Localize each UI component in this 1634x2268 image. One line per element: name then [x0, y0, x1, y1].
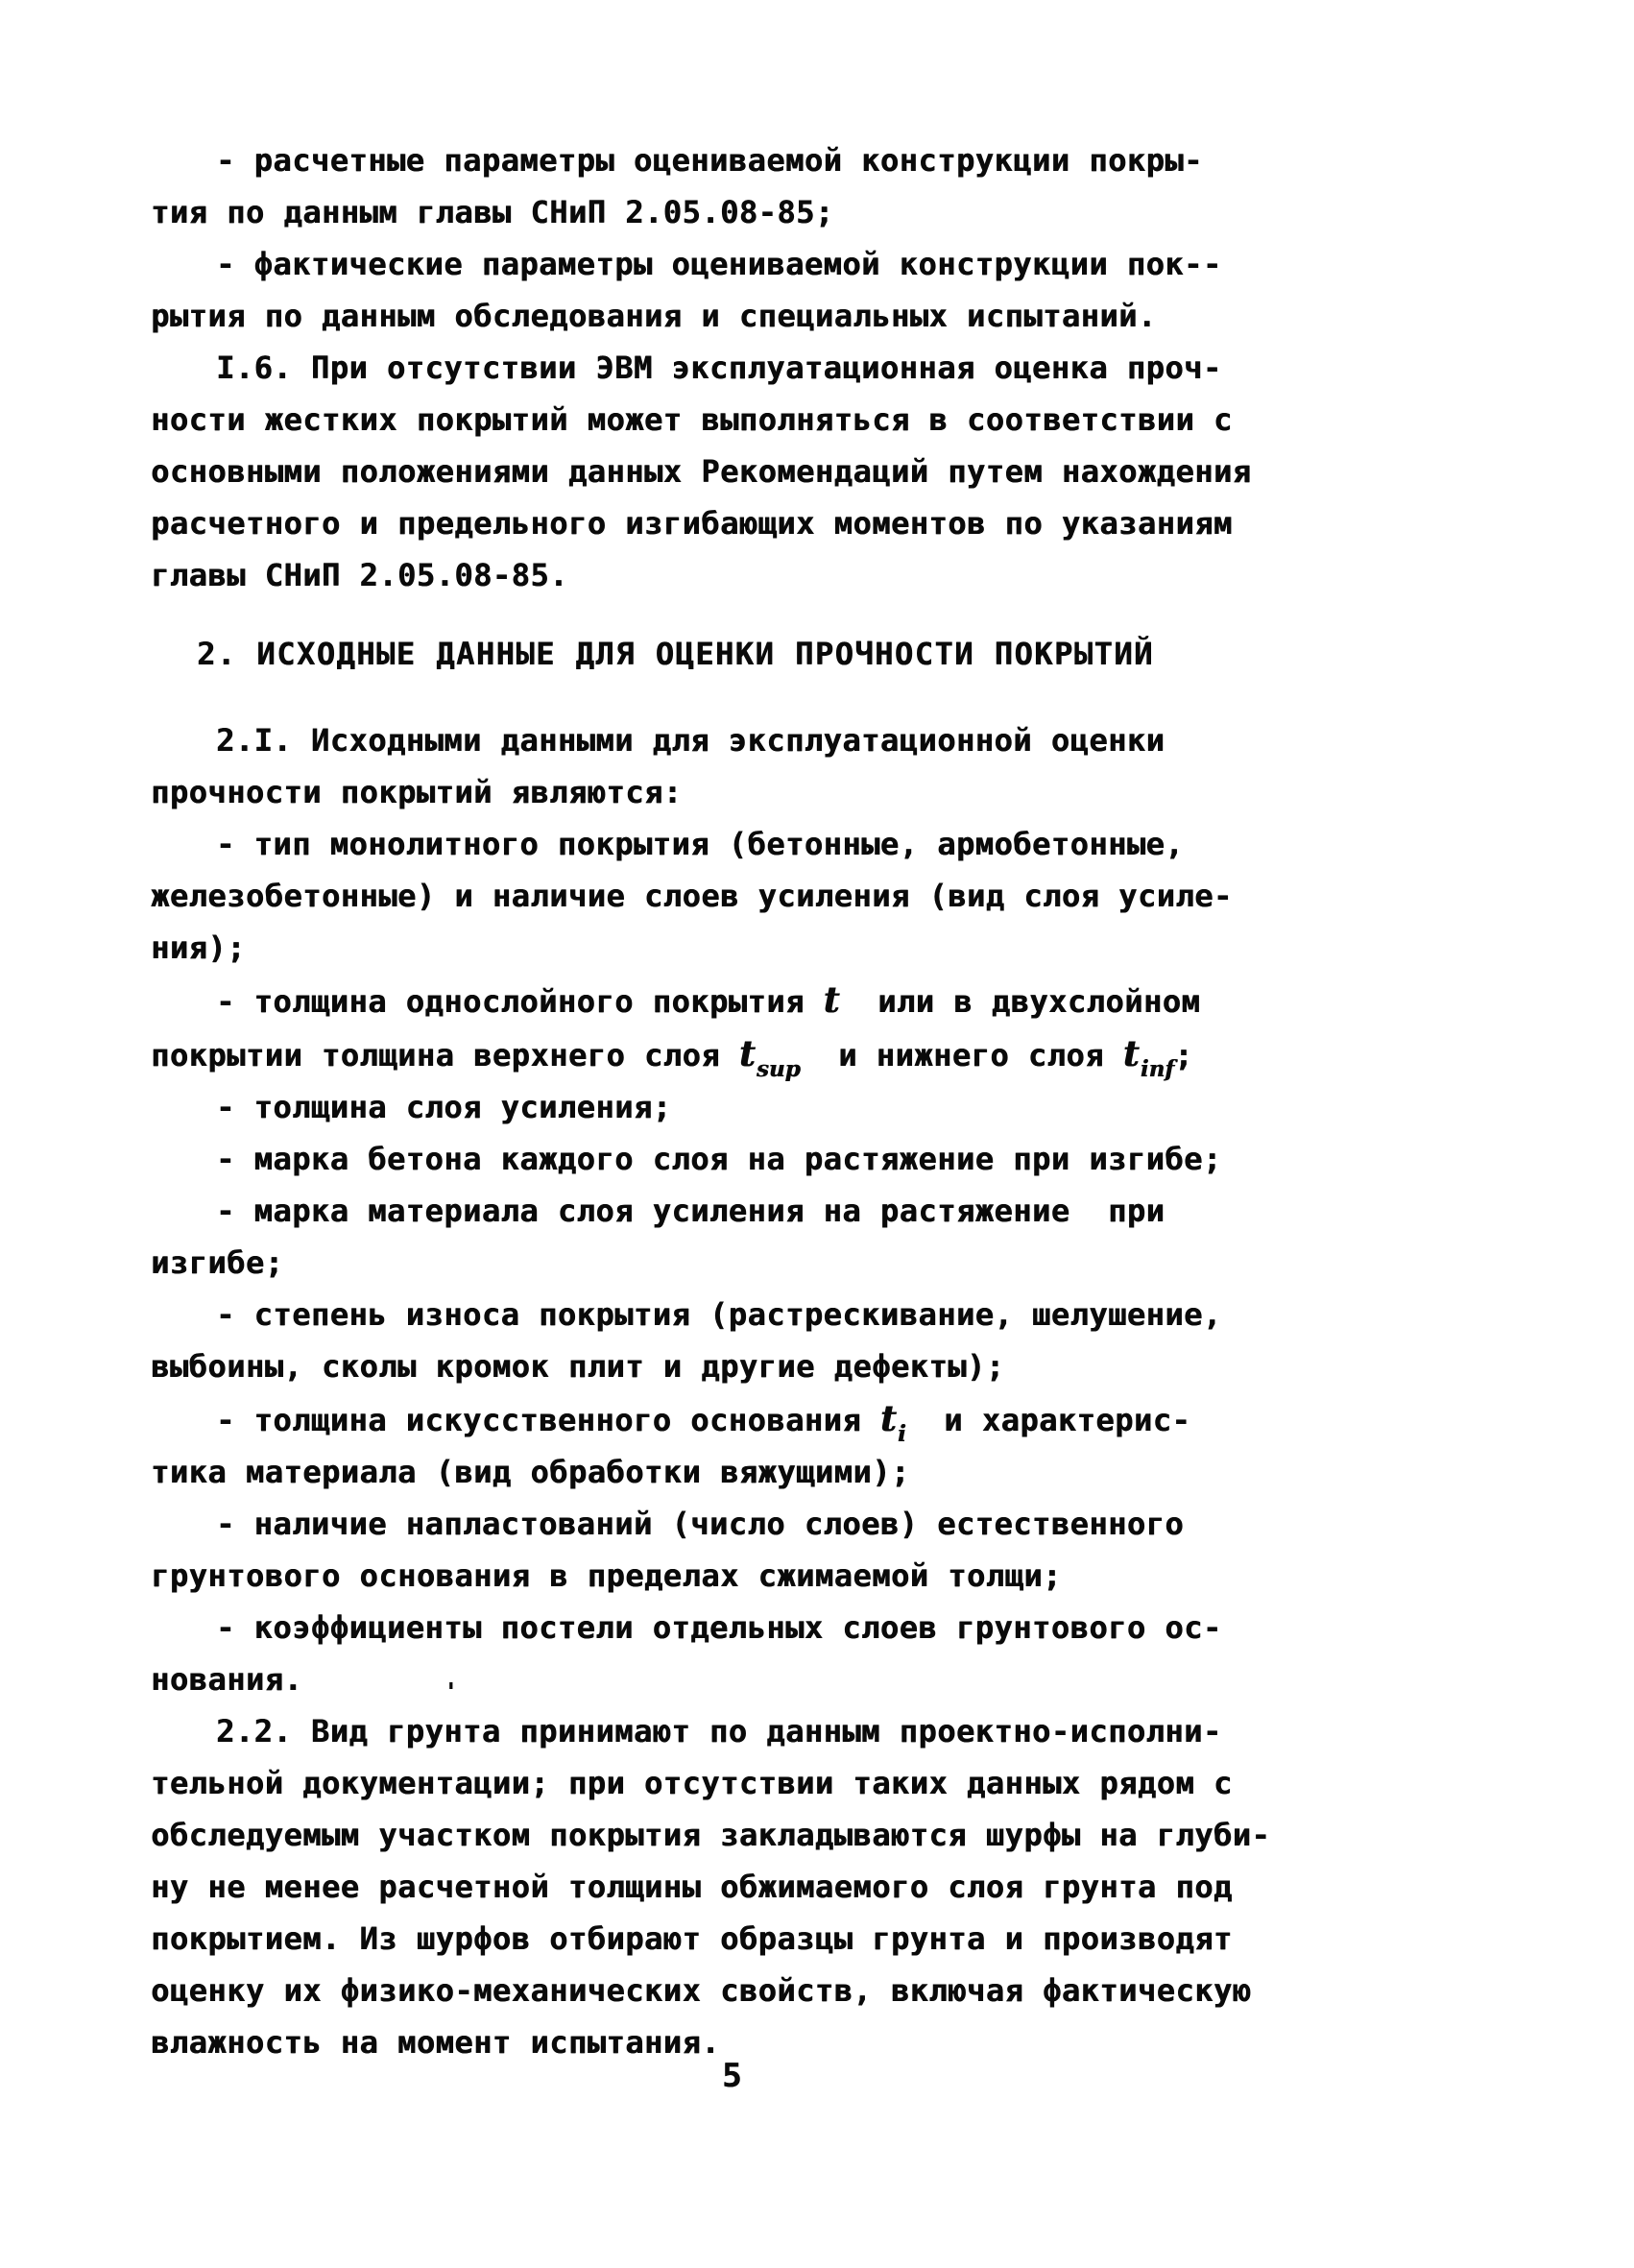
text-line: - наличие напластований (число слоев) ес… — [151, 1498, 1341, 1550]
text-line: покрытии толщина верхнего слоя tsup и ни… — [151, 1027, 1341, 1081]
text-line: нования. — [151, 1653, 1341, 1705]
text-line: расчетного и предельного изгибающих моме… — [151, 497, 1341, 549]
scan-artifact: ' — [444, 1678, 459, 1707]
math-symbol: ti — [880, 1397, 906, 1439]
text-line: прочности покрытий являются: — [151, 766, 1341, 818]
text-line: ну не менее расчетной толщины обжимаемог… — [151, 1861, 1341, 1913]
text-line: рытия по данным обследования и специальн… — [151, 290, 1341, 342]
text-line: выбоины, сколы кромок плит и другие дефе… — [151, 1340, 1341, 1392]
text-line: - марка материала слоя усиления на растя… — [151, 1185, 1341, 1237]
math-symbol: tsup — [739, 1032, 801, 1074]
text-line: - толщина слоя усиления; — [151, 1081, 1341, 1133]
text-line: - толщина искусственного основания ti и … — [151, 1392, 1341, 1446]
page-number: 5 — [722, 2057, 741, 2095]
text-line: тия по данным главы СНиП 2.05.08-85; — [151, 186, 1341, 238]
text-line: ния); — [151, 922, 1341, 974]
text-line: I.6. При отсутствии ЭВМ эксплуатационная… — [151, 342, 1341, 394]
text-line: грунтового основания в пределах сжимаемо… — [151, 1550, 1341, 1602]
math-symbol: t — [824, 978, 840, 1021]
text-line: - толщина однослойного покрытия t или в … — [151, 974, 1341, 1027]
text-line: тика материала (вид обработки вяжущими); — [151, 1446, 1341, 1498]
text-line: - расчетные параметры оцениваемой констр… — [151, 134, 1341, 186]
text-line: основными положениями данных Рекомендаци… — [151, 446, 1341, 497]
text-line: ности жестких покрытий может выполняться… — [151, 394, 1341, 446]
text-line: влажность на момент испытания. — [151, 2016, 1341, 2068]
text-line: - степень износа покрытия (растрескивани… — [151, 1289, 1341, 1340]
text-line: - коэффициенты постели отдельных слоев г… — [151, 1602, 1341, 1653]
text-line: - тип монолитного покрытия (бетонные, ар… — [151, 818, 1341, 870]
math-symbol: tinf — [1123, 1032, 1174, 1074]
text-line: железобетонные) и наличие слоев усиления… — [151, 870, 1341, 922]
text-line: 2.2. Вид грунта принимают по данным прое… — [151, 1705, 1341, 1757]
text-block: - расчетные параметры оцениваемой констр… — [151, 134, 1341, 2068]
text-line: главы СНиП 2.05.08-85. — [151, 549, 1341, 601]
text-line: обследуемым участком покрытия закладываю… — [151, 1809, 1341, 1861]
text-line: - марка бетона каждого слоя на растяжени… — [151, 1133, 1341, 1185]
text-line: покрытием. Из шурфов отбирают образцы гр… — [151, 1913, 1341, 1965]
text-line: изгибе; — [151, 1237, 1341, 1289]
text-line: оценку их физико-механических свойств, в… — [151, 1965, 1341, 2016]
section-heading: 2. ИСХОДНЫЕ ДАННЫЕ ДЛЯ ОЦЕНКИ ПРОЧНОСТИ … — [151, 628, 1341, 680]
text-line: тельной документации; при отсутствии так… — [151, 1757, 1341, 1809]
document-page: - расчетные параметры оцениваемой констр… — [0, 0, 1634, 2268]
text-line: - фактические параметры оцениваемой конс… — [151, 238, 1341, 290]
text-line: 2.I. Исходными данными для эксплуатацион… — [151, 714, 1341, 766]
